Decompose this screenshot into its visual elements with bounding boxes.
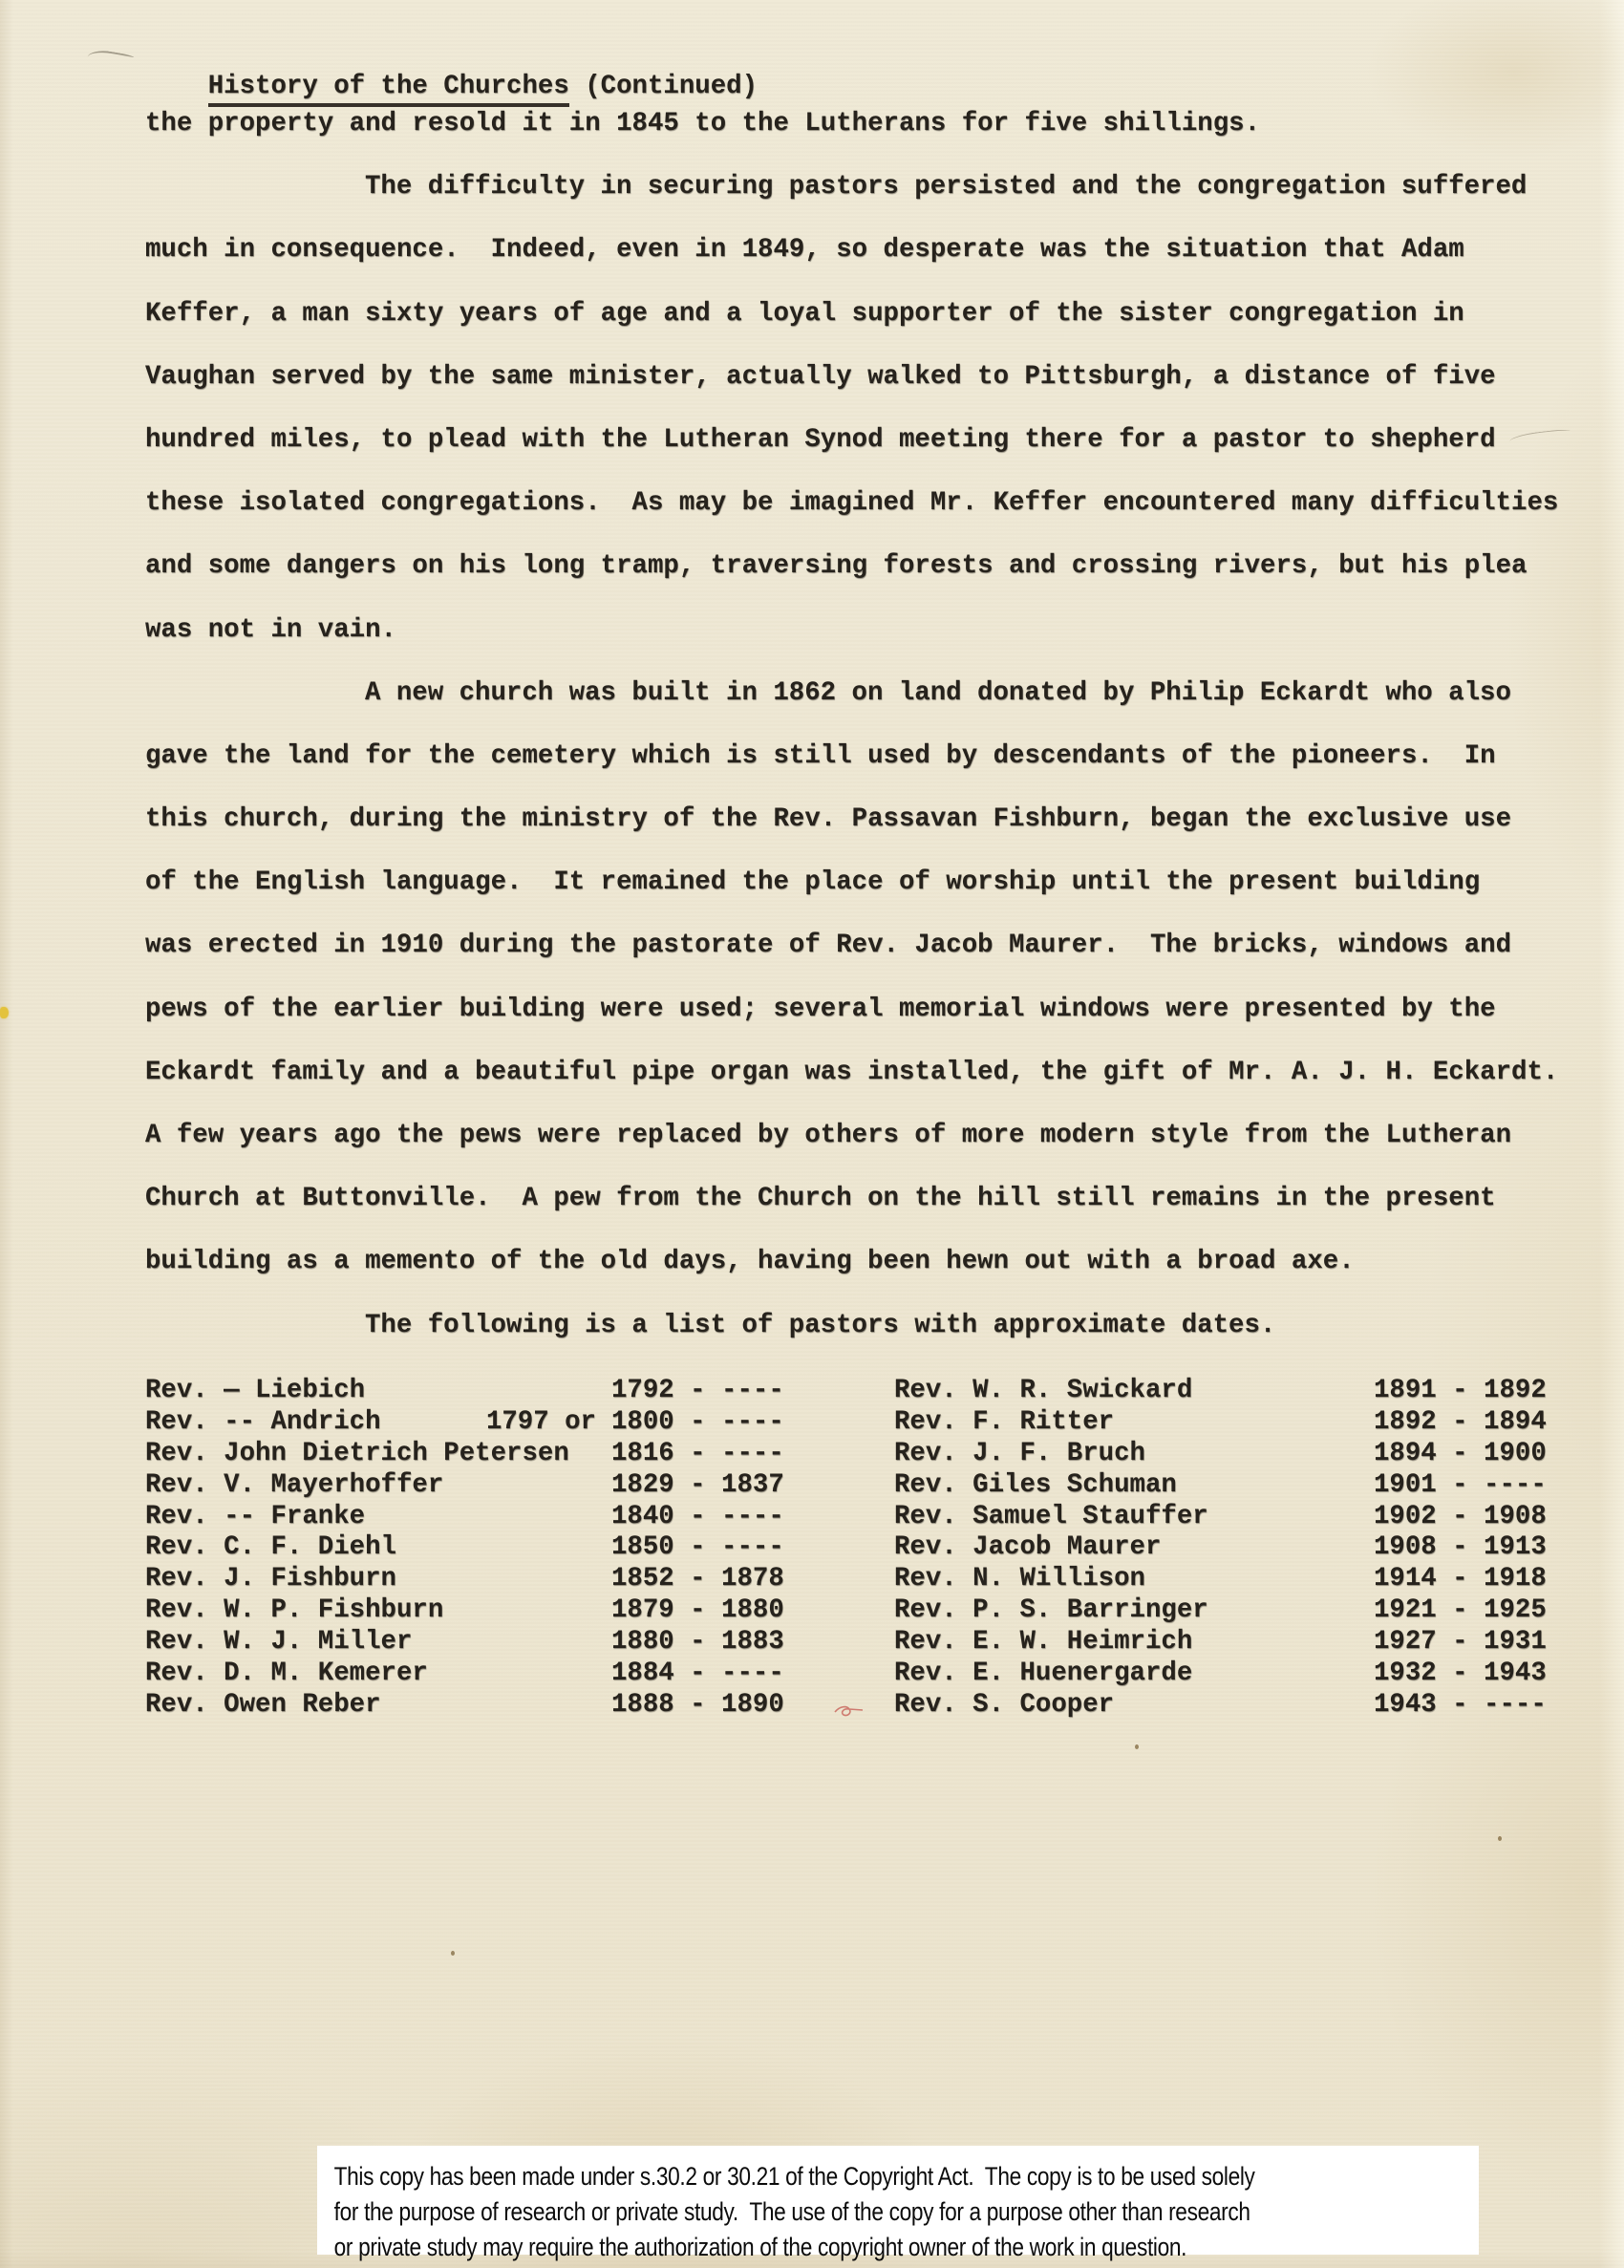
- pastor-dates: 1902 - 1908: [1374, 1502, 1586, 1533]
- pastor-list-right-column: Rev. W. R. Swickard 1891 - 1892 Rev. F. …: [894, 1376, 1586, 1722]
- copyright-notice-box: This copy has been made under s.30.2 or …: [317, 2146, 1479, 2255]
- pastor-row: Rev. Jacob Maurer 1908 - 1913: [894, 1532, 1586, 1564]
- pastor-dates: 1829 - 1837: [611, 1470, 823, 1502]
- text-line: of the English language. It remained the…: [145, 851, 1558, 914]
- pastor-row: Rev. Giles Schuman 1901 - ----: [894, 1470, 1586, 1502]
- pastor-row: Rev. J. F. Bruch 1894 - 1900: [894, 1439, 1586, 1470]
- text-line: hundred miles, to plead with the Luthera…: [145, 409, 1558, 472]
- pastor-name: Rev. S. Cooper: [894, 1690, 1114, 1722]
- pastor-row: Rev. -- Andrich1797 or 1800 - ----: [145, 1407, 823, 1439]
- pastor-dates: 1943 - ----: [1374, 1690, 1586, 1722]
- pastor-dates: 1852 - 1878: [611, 1564, 823, 1595]
- yellow-speck: [0, 1007, 9, 1018]
- pastor-row: Rev. V. Mayerhoffer 1829 - 1837: [145, 1470, 823, 1502]
- pastor-name: Rev. D. M. Kemerer: [145, 1658, 428, 1690]
- pastor-name: Rev. V. Mayerhoffer: [145, 1470, 443, 1502]
- pastor-dates: 1892 - 1894: [1374, 1407, 1586, 1439]
- pastor-dates: 1884 - ----: [611, 1658, 823, 1690]
- text-line: Vaughan served by the same minister, act…: [145, 346, 1558, 409]
- pastor-row: Rev. Samuel Stauffer 1902 - 1908: [894, 1502, 1586, 1533]
- pastor-name: Rev. C. F. Diehl: [145, 1532, 396, 1564]
- pastor-row: Rev. — Liebich 1792 - ----: [145, 1376, 823, 1407]
- text-line: A few years ago the pews were replaced b…: [145, 1104, 1558, 1167]
- text-line: was erected in 1910 during the pastorate…: [145, 914, 1558, 977]
- pastor-date-prefix: [596, 1595, 611, 1627]
- scanned-document-page: History of the Churches (Continued) the …: [0, 0, 1624, 2268]
- text-line: much in consequence. Indeed, even in 184…: [145, 219, 1558, 282]
- text-line: Eckardt family and a beautiful pipe orga…: [145, 1041, 1558, 1104]
- pastor-name: Rev. Samuel Stauffer: [894, 1502, 1208, 1533]
- pastor-row: Rev. W. J. Miller 1880 - 1883: [145, 1627, 823, 1658]
- pastor-name: Rev. — Liebich: [145, 1376, 365, 1407]
- pastor-date-prefix: [596, 1376, 611, 1407]
- pastor-row: Rev. D. M. Kemerer 1884 - ----: [145, 1658, 823, 1690]
- pastor-name: Rev. E. W. Heimrich: [894, 1627, 1192, 1658]
- text-line: gave the land for the cemetery which is …: [145, 725, 1558, 788]
- pastor-dates: 1901 - ----: [1374, 1470, 1586, 1502]
- pastor-dates: 1800 - ----: [611, 1407, 823, 1439]
- copyright-notice-text: This copy has been made under s.30.2 or …: [317, 2146, 1482, 2265]
- pastor-row: Rev. C. F. Diehl 1850 - ----: [145, 1532, 823, 1564]
- pastor-dates: 1921 - 1925: [1374, 1595, 1586, 1627]
- body-text: the property and resold it in 1845 to th…: [145, 93, 1558, 1358]
- pastor-name: Rev. -- Andrich: [145, 1407, 381, 1439]
- pastor-date-prefix: [596, 1439, 611, 1470]
- pastor-row: Rev. W. R. Swickard 1891 - 1892: [894, 1376, 1586, 1407]
- pastor-dates: 1891 - 1892: [1374, 1376, 1586, 1407]
- paper-speck: [1498, 1836, 1502, 1841]
- pastor-row: Rev. John Dietrich Petersen 1816 - ----: [145, 1439, 823, 1470]
- pastor-dates: 1927 - 1931: [1374, 1627, 1586, 1658]
- pastor-date-prefix: 1797 or: [486, 1407, 611, 1439]
- text-line: and some dangers on his long tramp, trav…: [145, 535, 1558, 598]
- pastor-date-prefix: [596, 1532, 611, 1564]
- pastor-dates: 1932 - 1943: [1374, 1658, 1586, 1690]
- pastor-row: Rev. E. Huenergarde 1932 - 1943: [894, 1658, 1586, 1690]
- pastor-name: Rev. Jacob Maurer: [894, 1532, 1161, 1564]
- pastor-date-prefix: [596, 1502, 611, 1533]
- copyright-notice-line: or private study may require the authori…: [334, 2230, 1482, 2265]
- pastor-name: Rev. F. Ritter: [894, 1407, 1114, 1439]
- pastor-name: Rev. E. Huenergarde: [894, 1658, 1192, 1690]
- pastor-name: Rev. Owen Reber: [145, 1690, 381, 1722]
- text-line: A new church was built in 1862 on land d…: [145, 662, 1558, 725]
- pastor-dates: 1879 - 1880: [611, 1595, 823, 1627]
- pastor-name: Rev. Giles Schuman: [894, 1470, 1177, 1502]
- text-line: the property and resold it in 1845 to th…: [145, 93, 1558, 156]
- pastor-row: Rev. S. Cooper 1943 - ----: [894, 1690, 1586, 1722]
- paper-speck: [451, 1951, 455, 1956]
- pastor-dates: 1894 - 1900: [1374, 1439, 1586, 1470]
- pastor-row: Rev. -- Franke 1840 - ----: [145, 1502, 823, 1533]
- text-line: this church, during the ministry of the …: [145, 788, 1558, 851]
- copyright-notice-line: This copy has been made under s.30.2 or …: [334, 2159, 1482, 2194]
- text-line: pews of the earlier building were used; …: [145, 978, 1558, 1041]
- text-line: The following is a list of pastors with …: [145, 1294, 1558, 1358]
- pastor-dates: 1908 - 1913: [1374, 1532, 1586, 1564]
- pastor-dates: 1792 - ----: [611, 1376, 823, 1407]
- pastor-list-left-column: Rev. — Liebich 1792 - ---- Rev. -- Andri…: [145, 1376, 823, 1722]
- pastor-row: Rev. F. Ritter 1892 - 1894: [894, 1407, 1586, 1439]
- pastor-date-prefix: [596, 1658, 611, 1690]
- paper-speck: [1135, 1744, 1139, 1749]
- pastor-date-prefix: [596, 1690, 611, 1722]
- pastor-date-prefix: [596, 1564, 611, 1595]
- pastor-name: Rev. -- Franke: [145, 1502, 365, 1533]
- pastor-name: Rev. John Dietrich Petersen: [145, 1439, 569, 1470]
- pastor-row: Rev. W. P. Fishburn 1879 - 1880: [145, 1595, 823, 1627]
- pastor-name: Rev. W. P. Fishburn: [145, 1595, 443, 1627]
- text-line: The difficulty in securing pastors persi…: [145, 156, 1558, 219]
- pastor-row: Rev. P. S. Barringer 1921 - 1925: [894, 1595, 1586, 1627]
- pastor-dates: 1840 - ----: [611, 1502, 823, 1533]
- pastor-dates: 1914 - 1918: [1374, 1564, 1586, 1595]
- pastor-row: Rev. Owen Reber 1888 - 1890: [145, 1690, 823, 1722]
- pastor-date-prefix: [596, 1627, 611, 1658]
- pastor-dates: 1816 - ----: [611, 1439, 823, 1470]
- pastor-name: Rev. W. J. Miller: [145, 1627, 412, 1658]
- pastor-dates: 1888 - 1890: [611, 1690, 823, 1722]
- pen-scratch-mark: [87, 48, 134, 66]
- pastor-name: Rev. J. F. Bruch: [894, 1439, 1145, 1470]
- pastor-dates: 1850 - ----: [611, 1532, 823, 1564]
- text-line: building as a memento of the old days, h…: [145, 1230, 1558, 1294]
- pastor-row: Rev. N. Willison 1914 - 1918: [894, 1564, 1586, 1595]
- copyright-notice-line: for the purpose of research or private s…: [334, 2194, 1482, 2230]
- pastor-name: Rev. J. Fishburn: [145, 1564, 396, 1595]
- text-line: was not in vain.: [145, 599, 1558, 662]
- text-line: these isolated congregations. As may be …: [145, 472, 1558, 535]
- pastor-row: Rev. E. W. Heimrich 1927 - 1931: [894, 1627, 1586, 1658]
- pastor-dates: 1880 - 1883: [611, 1627, 823, 1658]
- pastor-name: Rev. W. R. Swickard: [894, 1376, 1192, 1407]
- pastor-name: Rev. P. S. Barringer: [894, 1595, 1208, 1627]
- pastor-row: Rev. J. Fishburn 1852 - 1878: [145, 1564, 823, 1595]
- text-line: Church at Buttonville. A pew from the Ch…: [145, 1167, 1558, 1230]
- red-pencil-mark: [833, 1702, 865, 1722]
- text-line: Keffer, a man sixty years of age and a l…: [145, 283, 1558, 346]
- pastor-name: Rev. N. Willison: [894, 1564, 1145, 1595]
- pastor-date-prefix: [596, 1470, 611, 1502]
